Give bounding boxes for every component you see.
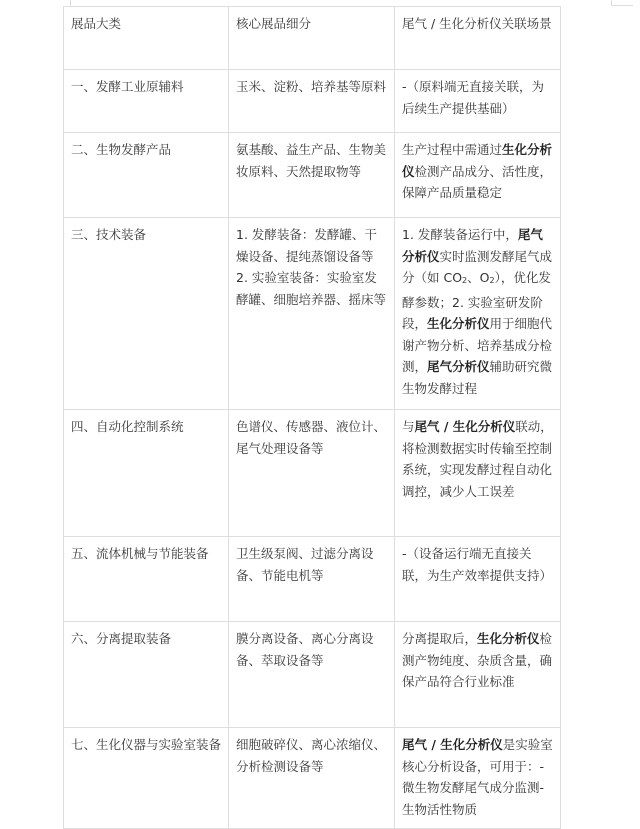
table-row: 二、生物发酵产品 氨基酸、益生产品、生物美妆原料、天然提取物等 生产过程中需通过… [64,133,561,218]
scenario-cell: -（设备运行端无直接关联，为生产效率提供支持） [395,537,561,622]
scenario-text: 分离提取后， [402,631,477,646]
table-header-row: 展品大类 核心展品细分 尾气 / 生化分析仪关联场景 [64,7,561,70]
table-row: 六、分离提取装备 膜分离设备、离心分离设备、萃取设备等 分离提取后，生化分析仪检… [64,622,561,728]
items-line: 1. 发酵装备：发酵罐、干燥设备、提纯蒸馏设备等 [236,224,387,267]
table-row: 三、技术装备 1. 发酵装备：发酵罐、干燥设备、提纯蒸馏设备等2. 实验室装备：… [64,218,561,410]
category-cell: 四、自动化控制系统 [64,410,229,537]
items-cell: 氨基酸、益生产品、生物美妆原料、天然提取物等 [229,133,395,218]
exhibit-category-table: 展品大类 核心展品细分 尾气 / 生化分析仪关联场景 一、发酵工业原辅料 玉米、… [63,6,561,829]
scenario-cell: 与尾气 / 生化分析仪联动，将检测数据实时传输至控制系统，实现发酵过程自动化调控… [395,410,561,537]
scenario-cell: 分离提取后，生化分析仪检测产物纯度、杂质含量，确保产品符合行业标准 [395,622,561,728]
items-cell: 1. 发酵装备：发酵罐、干燥设备、提纯蒸馏设备等2. 实验室装备：实验室发酵罐、… [229,218,395,410]
scenario-highlight: 生化分析仪 [427,316,490,331]
scenario-cell: 尾气 / 生化分析仪是实验室核心分析设备，可用于：- 微生物发酵尾气成分监测- … [395,728,561,829]
category-cell: 五、流体机械与节能装备 [64,537,229,622]
scenario-text: 、O [467,270,489,285]
scenario-cell: 生产过程中需通过生化分析仪检测产品成分、活性度，保障产品质量稳定 [395,133,561,218]
scenario-text: 与 [402,419,415,434]
items-cell: 色谱仪、传感器、液位计、尾气处理设备等 [229,410,395,537]
scenario-cell: -（原料端无直接关联，为后续生产提供基础） [395,70,561,133]
items-cell: 细胞破碎仪、离心浓缩仪、分析检测设备等 [229,728,395,829]
scenario-text: 1. 发酵装备运行中， [402,227,518,242]
table-row: 七、生化仪器与实验室装备 细胞破碎仪、离心浓缩仪、分析检测设备等 尾气 / 生化… [64,728,561,829]
category-cell: 三、技术装备 [64,218,229,410]
table-row: 五、流体机械与节能装备 卫生级泵阀、过滤分离设备、节能电机等 -（设备运行端无直… [64,537,561,622]
items-cell: 卫生级泵阀、过滤分离设备、节能电机等 [229,537,395,622]
items-line: 2. 实验室装备：实验室发酵罐、细胞培养器、摇床等 [236,267,387,310]
category-cell: 二、生物发酵产品 [64,133,229,218]
category-cell: 七、生化仪器与实验室装备 [64,728,229,829]
header-scenario: 尾气 / 生化分析仪关联场景 [395,7,561,70]
header-items: 核心展品细分 [229,7,395,70]
scenario-highlight: 尾气 / 生化分析仪 [402,737,503,752]
table-row: 一、发酵工业原辅料 玉米、淀粉、培养基等原料 -（原料端无直接关联，为后续生产提… [64,70,561,133]
scenario-highlight: 尾气分析仪 [427,359,490,374]
category-cell: 一、发酵工业原辅料 [64,70,229,133]
scenario-text: 检测产品成分、活性度，保障产品质量稳定 [402,164,552,201]
scenario-highlight: 生化分析仪 [477,631,540,646]
items-cell: 玉米、淀粉、培养基等原料 [229,70,395,133]
items-cell: 膜分离设备、离心分离设备、萃取设备等 [229,622,395,728]
scenario-cell: 1. 发酵装备运行中，尾气分析仪实时监测发酵尾气成分（如 CO2、O2），优化发… [395,218,561,410]
scenario-text: -（设备运行端无直接关联，为生产效率提供支持） [402,546,552,583]
table-row: 四、自动化控制系统 色谱仪、传感器、液位计、尾气处理设备等 与尾气 / 生化分析… [64,410,561,537]
category-cell: 六、分离提取装备 [64,622,229,728]
scenario-highlight: 尾气 / 生化分析仪 [415,419,516,434]
scenario-text: -（原料端无直接关联，为后续生产提供基础） [402,79,544,116]
header-category: 展品大类 [64,7,229,70]
scenario-text: 生产过程中需通过 [402,142,502,157]
page-corner-fragment [611,0,633,6]
